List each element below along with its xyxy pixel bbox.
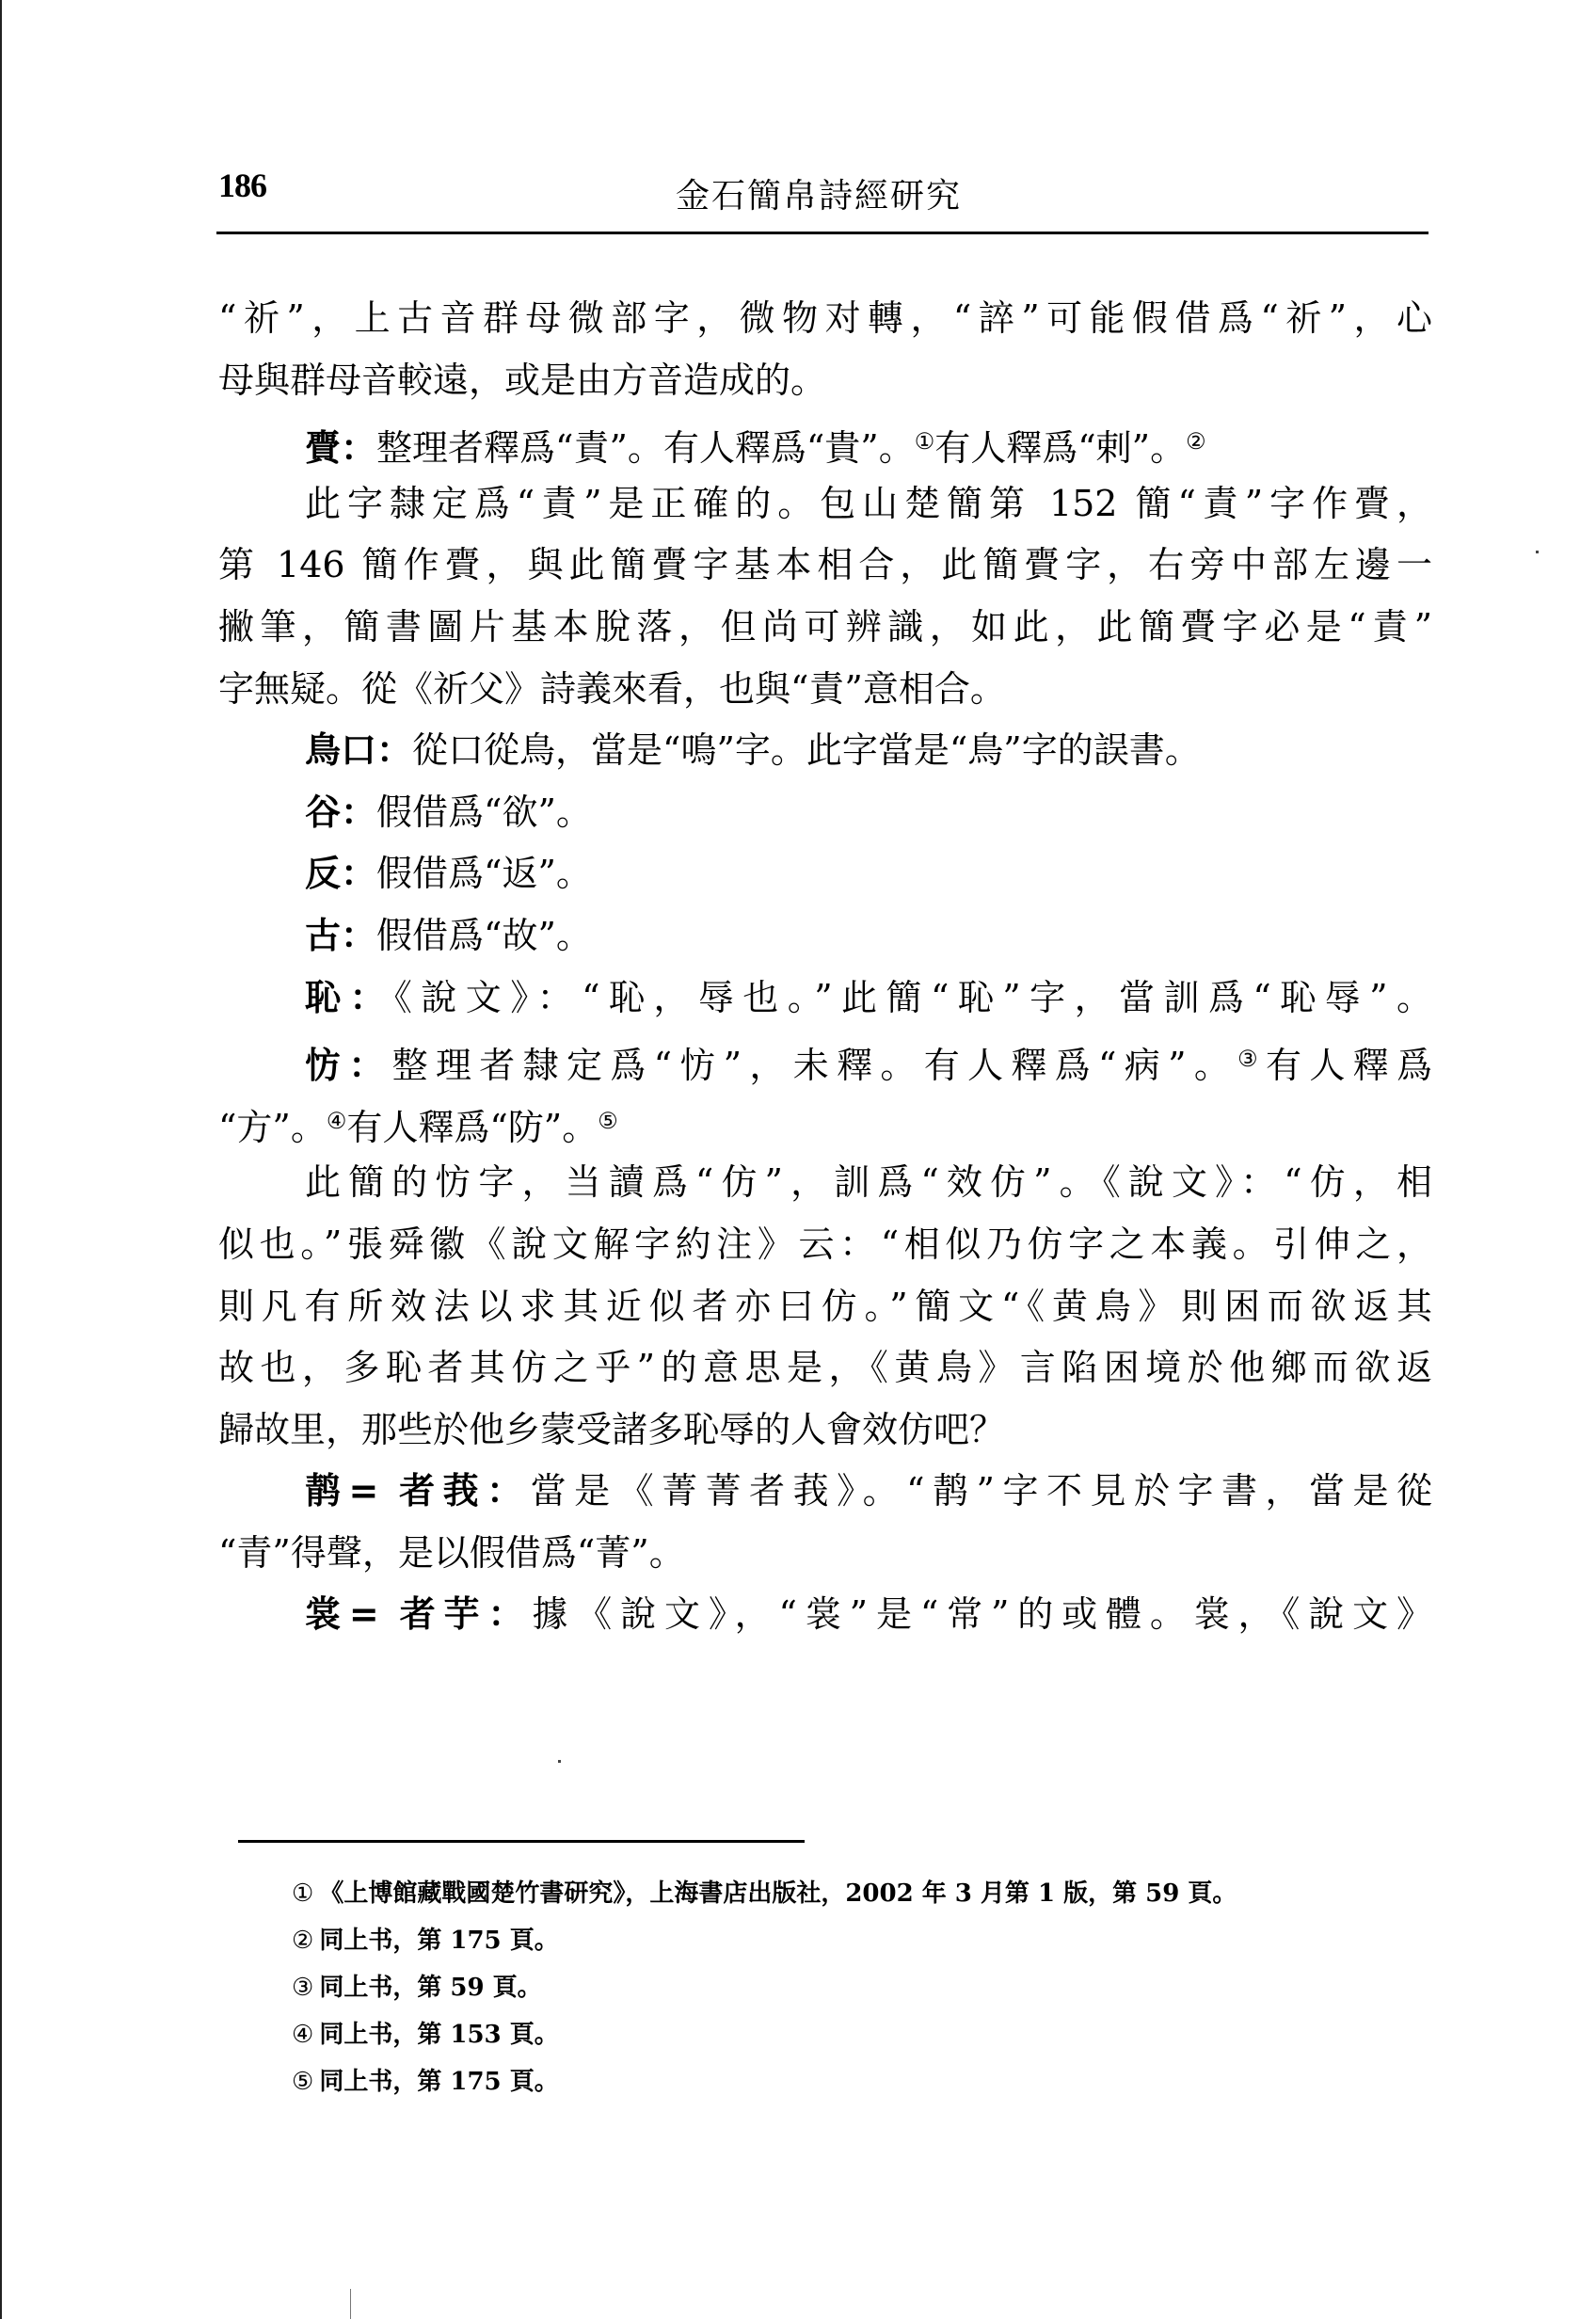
footnote-ref[interactable]: ② (1186, 428, 1206, 455)
entry-line: 鳥口：從口從鳥，當是“鳴”字。此字當是“鳥”字的誤書。 (218, 720, 1432, 782)
scan-mark (350, 2289, 351, 2319)
body-line: 第 146 簡作賷，與此簡賷字基本相合，此簡賷字，右旁中部左邊一 (218, 535, 1432, 597)
headword: 恥： (305, 977, 394, 1018)
footnote-3: ③同上书，第 59 頁。 (292, 1967, 1237, 2014)
body-line: “青”得聲，是以假借爲“菁”。 (218, 1523, 1432, 1585)
footnote-2: ②同上书，第 175 頁。 (292, 1920, 1237, 1967)
body-line: “方”。④有人釋爲“防”。⑤ (218, 1091, 1432, 1153)
entry-line: 䴖= 者莪：當是《菁菁者莪》。“䴖”字不見於字書，當是從 (218, 1461, 1432, 1523)
entry-line: 古：假借爲“故”。 (218, 905, 1432, 968)
scan-speck (1536, 551, 1539, 553)
headword: 古： (305, 915, 376, 956)
headword: 反： (305, 853, 376, 894)
footnote-mark: ④ (292, 2021, 313, 2049)
body-line: 似也。”張舜徽《說文解字約注》云：“相似乃仿字之本義。引伸之， (218, 1214, 1432, 1276)
footnote-mark: ① (292, 1879, 313, 1908)
entry-line: 谷：假借爲“欲”。 (218, 782, 1432, 844)
footnote-mark: ② (292, 1927, 313, 1955)
scan-speck (558, 1760, 561, 1763)
header-rule (216, 232, 1428, 234)
headword: 賷： (305, 427, 376, 469)
page-left-edge (0, 0, 2, 2319)
footnote-ref[interactable]: ① (915, 428, 935, 455)
running-title: 金石簡帛詩經研究 (659, 169, 979, 217)
body-line: 字無疑。從《祈父》詩義來看，也與“責”意相合。 (218, 659, 1432, 721)
body-line: 撇筆，簡書圖片基本脫落，但尚可辨識，如此，此簡賷字必是“責” (218, 597, 1432, 659)
entry-line: 㤃：整理者隸定爲“㤃”，未釋。有人釋爲“病”。③有人釋爲 (218, 1029, 1432, 1091)
entry-line: 恥：《說文》：“恥，辱也。”此簡“恥”字，當訓爲“恥辱”。 (218, 968, 1432, 1030)
footnote-mark: ③ (292, 1974, 313, 2002)
body-line: 母與群母音較遠，或是由方音造成的。 (218, 350, 1432, 412)
footnote-mark: ⑤ (292, 2068, 313, 2096)
headword: 䴖= 者莪： (305, 1470, 531, 1511)
footnote-4: ④同上书，第 153 頁。 (292, 2014, 1237, 2061)
entry-line: 賷：整理者釋爲“責”。有人釋爲“貴”。①有人釋爲“剌”。② (218, 411, 1432, 473)
page-number: 186 (218, 166, 266, 205)
body-line: 歸故里，那些於他乡蒙受諸多恥辱的人會效仿吧？ (218, 1399, 1432, 1462)
footnote-rule (238, 1840, 805, 1843)
footnotes: ①《上博館藏戰國楚竹書研究》，上海書店出版社，2002 年 3 月第 1 版，第… (292, 1873, 1237, 2108)
headword: 裳= 者芋： (305, 1593, 532, 1635)
footnote-ref[interactable]: ⑤ (598, 1108, 618, 1134)
headword: 谷： (305, 792, 376, 833)
body-line: 此字隸定爲“責”是正確的。包山楚簡第 152 簡“責”字作賷， (218, 473, 1432, 536)
footnote-5: ⑤同上书，第 175 頁。 (292, 2061, 1237, 2108)
footnote-ref[interactable]: ④ (327, 1108, 347, 1134)
body-line: 此簡的㤃字，当讀爲“仿”，訓爲“效仿”。《說文》：“仿，相 (218, 1152, 1432, 1214)
entry-line: 反：假借爲“返”。 (218, 843, 1432, 905)
body-text: “祈”，上古音群母微部字，微物对轉，“誶”可能假借爲“祈”，心 母與群母音較遠，… (218, 288, 1432, 1646)
headword: 㤃： (305, 1045, 392, 1086)
footnote-ref[interactable]: ③ (1237, 1046, 1266, 1072)
body-line: 則凡有所效法以求其近似者亦曰仿。”簡文“《黄鳥》則困而欲返其 (218, 1276, 1432, 1338)
footnote-1: ①《上博館藏戰國楚竹書研究》，上海書店出版社，2002 年 3 月第 1 版，第… (292, 1873, 1237, 1920)
headword: 鳥口： (305, 729, 412, 771)
entry-line: 裳= 者芋：據《說文》，“裳”是“常”的或體。裳，《說文》 (218, 1584, 1432, 1646)
body-line: “祈”，上古音群母微部字，微物对轉，“誶”可能假借爲“祈”，心 (218, 288, 1432, 350)
body-line: 故也，多恥者其仿之乎”的意思是，《黄鳥》言陷困境於他鄉而欲返 (218, 1337, 1432, 1399)
